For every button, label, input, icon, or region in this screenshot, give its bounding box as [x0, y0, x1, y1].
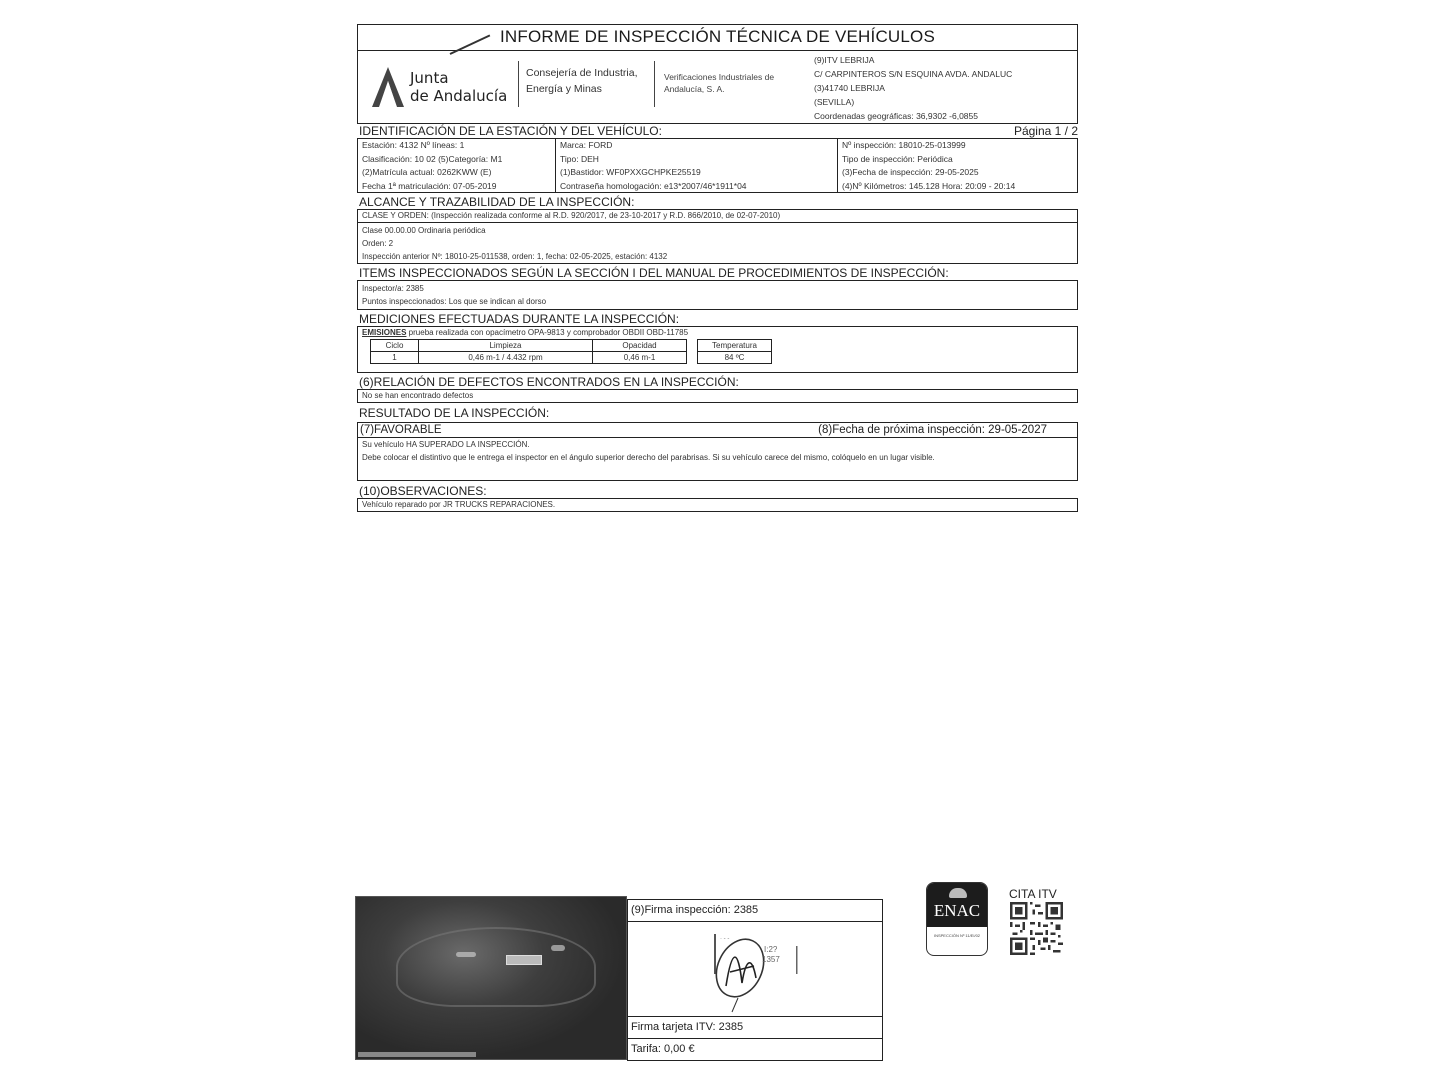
- resultado-header: (7)FAVORABLE (8)Fecha de próxima inspecc…: [357, 422, 1078, 438]
- mediciones-box: EMISIONES prueba realizada con opacímetr…: [357, 326, 1078, 373]
- station-postal: (3)41740 LEBRIJA: [814, 81, 1077, 95]
- license-plate: [506, 955, 542, 965]
- defectos-heading: (6)RELACIÓN DE DEFECTOS ENCONTRADOS EN L…: [357, 375, 1078, 389]
- next-inspection-date: (8)Fecha de próxima inspección: 29-05-20…: [818, 423, 1047, 437]
- inspeccion-anterior-text: Inspección anterior Nº: 18010-25-011538,…: [358, 250, 1077, 263]
- alcance-heading: ALCANCE Y TRAZABILIDAD DE LA INSPECCIÓN:: [357, 195, 1078, 209]
- firma-inspeccion-label: (9)Firma inspección: 2385: [628, 900, 882, 922]
- station-name: (9)ITV LEBRIJA: [814, 53, 1077, 67]
- signature-stamp-icon: I:2? 1357 · - -: [708, 928, 828, 1018]
- svg-text:· - -: · - -: [720, 936, 729, 942]
- station-column: Estación: 4132 Nº líneas: 1 Clasificació…: [358, 139, 556, 192]
- vehicle-photo: [355, 896, 627, 1060]
- station-info: (9)ITV LEBRIJA C/ CARPINTEROS S/N ESQUIN…: [805, 51, 1077, 123]
- mediciones-heading: MEDICIONES EFECTUADAS DURANTE LA INSPECC…: [357, 312, 1078, 326]
- crown-icon: [949, 888, 967, 898]
- vehicle-column: Marca: FORD Tipo: DEH (1)Bastidor: WF0PX…: [556, 139, 838, 192]
- junta-andalucia-logo: Junta de Andalucía: [358, 51, 518, 123]
- station-coords: Coordenadas geográficas: 36,9302 -6,0855: [814, 109, 1077, 123]
- tarifa-label: Tarifa: 0,00 €: [628, 1039, 882, 1059]
- qr-code-icon[interactable]: [1010, 902, 1063, 955]
- signature-box: (9)Firma inspección: 2385 I:2? 1357 · - …: [627, 899, 883, 1061]
- observaciones-heading: (10)OBSERVACIONES:: [357, 484, 1078, 498]
- inspection-report-page: INFORME DE INSPECCIÓN TÉCNICA DE VEHÍCUL…: [357, 24, 1078, 512]
- station-address: C/ CARPINTEROS S/N ESQUINA AVDA. ANDALUC: [814, 67, 1077, 81]
- alcance-details-box: Clase 00.00.00 Ordinaria periódica Orden…: [357, 223, 1078, 264]
- logo-line1: Junta: [410, 69, 507, 87]
- items-heading: ITEMS INSPECCIONADOS SEGÚN LA SECCIÓN I …: [357, 266, 1078, 280]
- page-number: Página 1 / 2: [1014, 124, 1078, 138]
- puntos-text: Puntos inspeccionados: Los que se indica…: [358, 295, 1077, 308]
- svg-text:1357: 1357: [762, 955, 780, 964]
- report-header: Junta de Andalucía Consejería de Industr…: [357, 50, 1078, 124]
- firma-tarjeta-label: Firma tarjeta ITV: 2385: [628, 1017, 882, 1039]
- opacidad-table: Opacidad 0,46 m-1: [592, 339, 687, 364]
- enac-logo: ENAC INSPECCIÓN Nº 11/EI/02: [926, 882, 988, 956]
- svg-text:I:2?: I:2?: [764, 945, 778, 954]
- andalucia-a-icon: [370, 65, 406, 109]
- observaciones-box: Vehículo reparado por JR TRUCKS REPARACI…: [357, 498, 1078, 512]
- inspection-column: Nº inspección: 18010-25-013999 Tipo de i…: [838, 139, 1077, 192]
- logo-line2: de Andalucía: [410, 87, 507, 105]
- signature-area: I:2? 1357 · - -: [628, 922, 882, 1017]
- emisiones-text: prueba realizada con opacímetro OPA-9813…: [406, 328, 688, 337]
- defectos-box: No se han encontrado defectos: [357, 389, 1078, 403]
- result-status: (7)FAVORABLE: [360, 423, 442, 437]
- emisiones-label: EMISIONES: [362, 328, 406, 337]
- consejeria-text: Consejería de Industria, Energía y Minas: [519, 51, 654, 123]
- car-silhouette: [396, 927, 596, 1007]
- clase-orden-box: CLASE Y ORDEN: (Inspección realizada con…: [357, 209, 1078, 223]
- temperatura-table: Temperatura 84 ºC: [697, 339, 772, 364]
- cita-itv-label: CITA ITV: [1009, 887, 1057, 901]
- orden-text: Orden: 2: [358, 237, 1077, 250]
- clase-text: Clase 00.00.00 Ordinaria periódica: [358, 224, 1077, 237]
- verificaciones-text: Verificaciones Industriales de Andalucía…: [655, 51, 805, 123]
- items-box: Inspector/a: 2385 Puntos inspeccionados:…: [357, 280, 1078, 310]
- resultado-body: Su vehículo HA SUPERADO LA INSPECCIÓN. D…: [357, 438, 1078, 481]
- identificacion-box: Estación: 4132 Nº líneas: 1 Clasificació…: [357, 138, 1078, 193]
- limpieza-table: Ciclo Limpieza 1 0,46 m-1 / 4.432 rpm: [370, 339, 593, 364]
- station-province: (SEVILLA): [814, 95, 1077, 109]
- resultado-heading: RESULTADO DE LA INSPECCIÓN:: [357, 406, 1078, 420]
- identificacion-heading: IDENTIFICACIÓN DE LA ESTACIÓN Y DEL VEHÍ…: [357, 124, 1078, 138]
- inspector-text: Inspector/a: 2385: [358, 282, 1077, 295]
